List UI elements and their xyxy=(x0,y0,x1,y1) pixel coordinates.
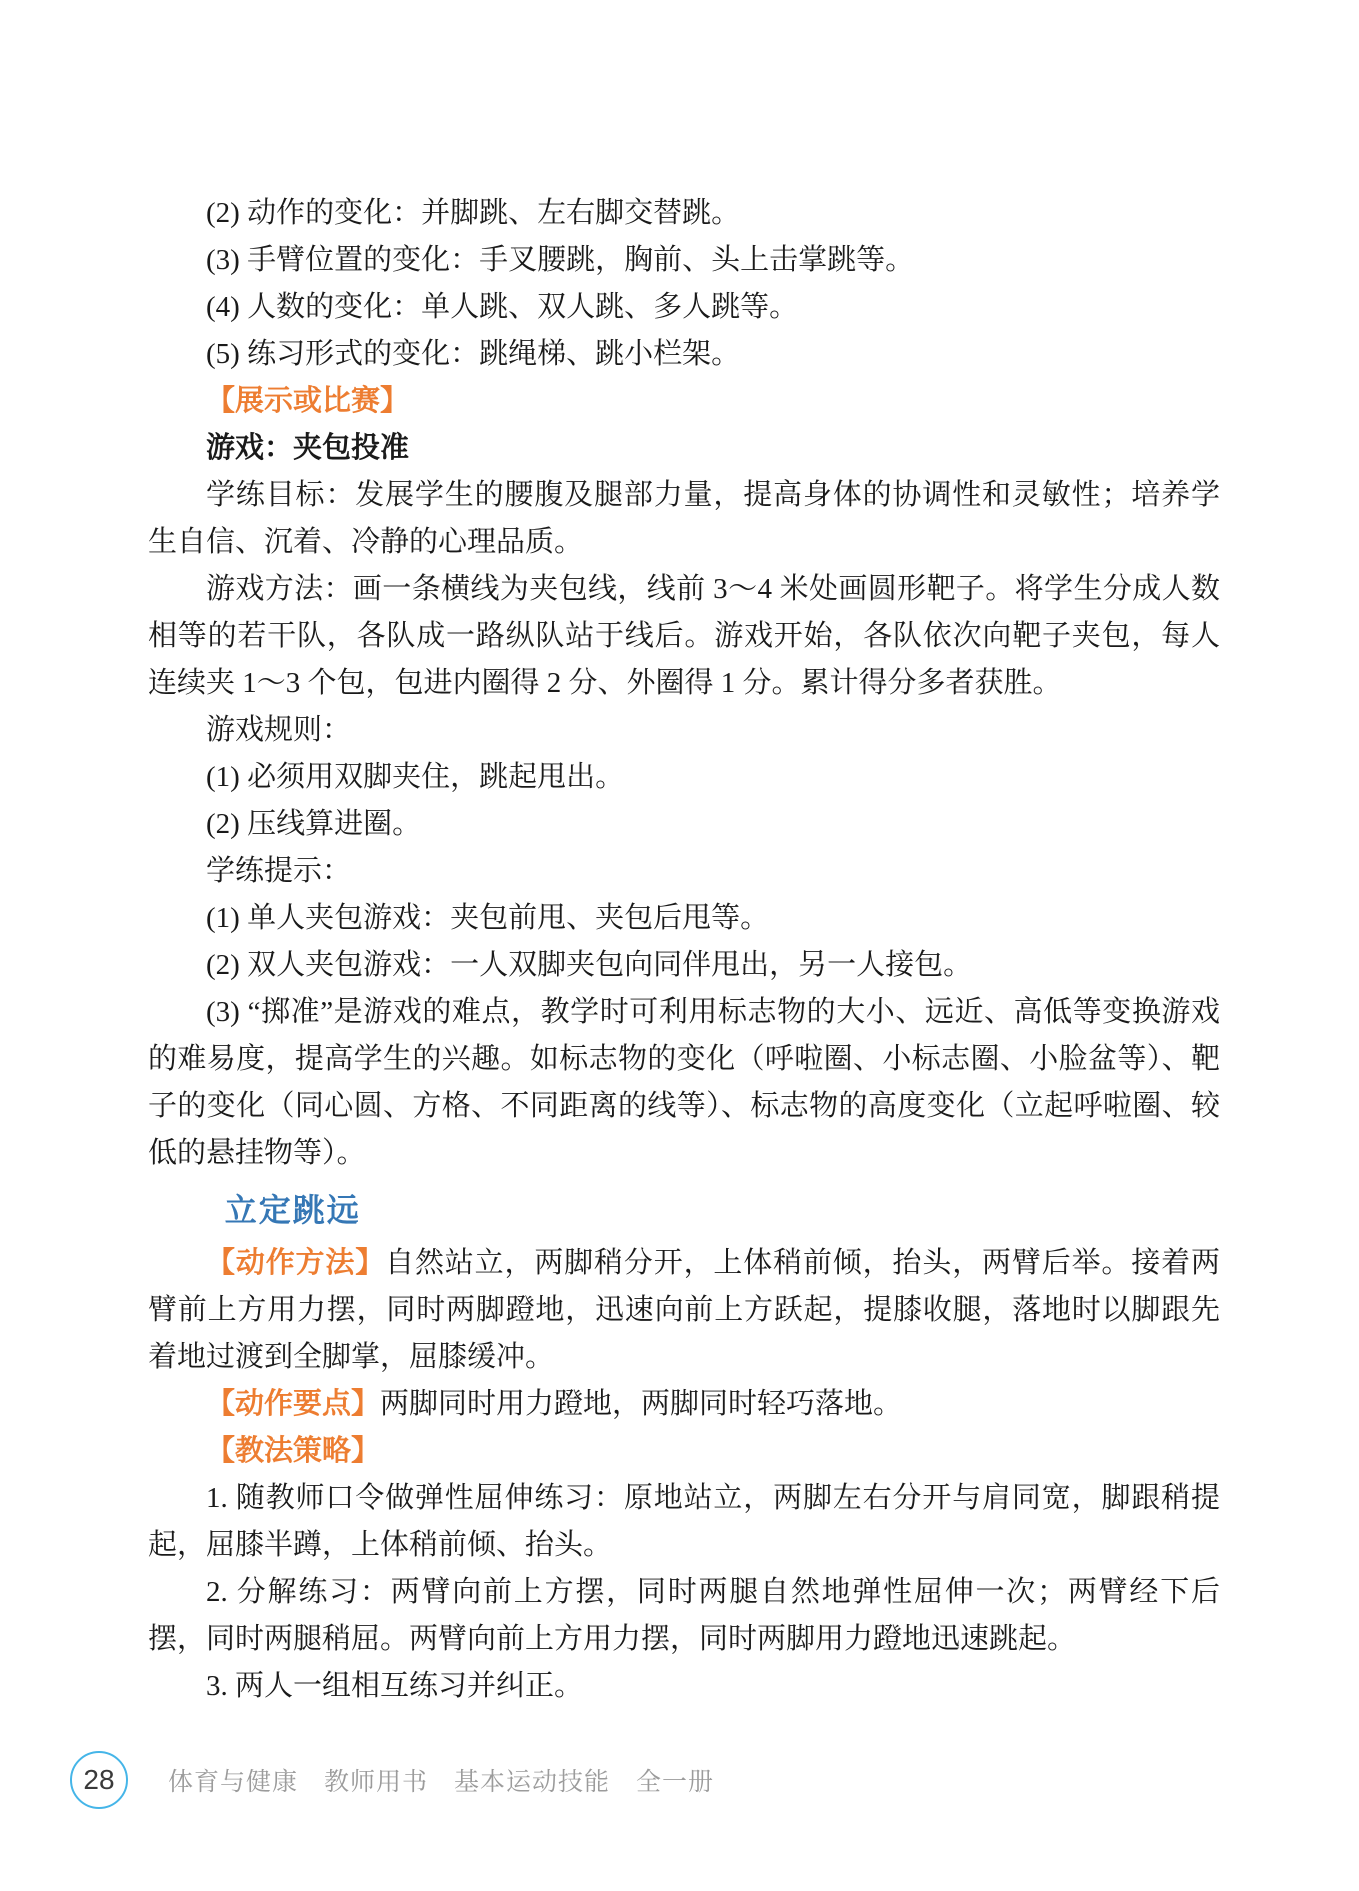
teaching-strategy-label: 【教法策略】 xyxy=(206,1435,380,1467)
footer-book-info: 体育与健康 教师用书 基本运动技能 全一册 xyxy=(168,1762,714,1798)
action-method-paragraph: 【动作方法】自然站立，两脚稍分开，上体稍前倾，抬头，两臂后举。接着两臂前上方用力… xyxy=(148,1240,1220,1381)
practice-tip-1: (1) 单人夹包游戏：夹包前甩、夹包后甩等。 xyxy=(148,895,1220,942)
game-rule-2: (2) 压线算进圈。 xyxy=(148,801,1220,848)
game-rules-heading: 游戏规则： xyxy=(148,707,1220,754)
practice-tip-3: (3) “掷准”是游戏的难点，教学时可利用标志物的大小、远近、高低等变换游戏的难… xyxy=(148,989,1220,1177)
strategy-item-1: 1. 随教师口令做弹性屈伸练习：原地站立，两脚左右分开与肩同宽，脚跟稍提起，屈膝… xyxy=(148,1475,1220,1569)
section-title-standing-long-jump: 立定跳远 xyxy=(148,1187,1220,1234)
section-label-show-or-compete: 【展示或比赛】 xyxy=(206,385,409,417)
page-body: (2) 动作的变化：并脚跳、左右脚交替跳。 (3) 手臂位置的变化：手叉腰跳，胸… xyxy=(148,190,1220,1710)
page-number-badge: 28 xyxy=(70,1751,128,1809)
strategy-item-2: 2. 分解练习：两臂向前上方摆，同时两腿自然地弹性屈伸一次；两臂经下后摆，同时两… xyxy=(148,1569,1220,1663)
variation-item-3: (3) 手臂位置的变化：手叉腰跳，胸前、头上击掌跳等。 xyxy=(148,237,1220,284)
variation-item-5: (5) 练习形式的变化：跳绳梯、跳小栏架。 xyxy=(148,331,1220,378)
practice-tip-2: (2) 双人夹包游戏：一人双脚夹包向同伴甩出，另一人接包。 xyxy=(148,942,1220,989)
action-points-paragraph: 【动作要点】两脚同时用力蹬地，两脚同时轻巧落地。 xyxy=(148,1381,1220,1428)
action-method-label: 【动作方法】 xyxy=(206,1247,385,1279)
game-title: 游戏：夹包投准 xyxy=(148,425,1220,472)
strategy-item-3: 3. 两人一组相互练习并纠正。 xyxy=(148,1663,1220,1710)
game-rule-1: (1) 必须用双脚夹住，跳起甩出。 xyxy=(148,754,1220,801)
practice-tips-heading: 学练提示： xyxy=(148,848,1220,895)
page-number: 28 xyxy=(83,1764,114,1796)
variation-item-2: (2) 动作的变化：并脚跳、左右脚交替跳。 xyxy=(148,190,1220,237)
action-points-text: 两脚同时用力蹬地，两脚同时轻巧落地。 xyxy=(380,1388,902,1420)
section-label-show-or-compete-line: 【展示或比赛】 xyxy=(148,378,1220,425)
teaching-strategy-label-line: 【教法策略】 xyxy=(148,1428,1220,1475)
document-page: (2) 动作的变化：并脚跳、左右脚交替跳。 (3) 手臂位置的变化：手叉腰跳，胸… xyxy=(0,0,1359,1891)
learning-goal-paragraph: 学练目标：发展学生的腰腹及腿部力量，提高身体的协调性和灵敏性；培养学生自信、沉着… xyxy=(148,472,1220,566)
page-footer: 28 体育与健康 教师用书 基本运动技能 全一册 xyxy=(0,1750,1359,1810)
game-method-paragraph: 游戏方法：画一条横线为夹包线，线前 3～4 米处画圆形靶子。将学生分成人数相等的… xyxy=(148,566,1220,707)
variation-item-4: (4) 人数的变化：单人跳、双人跳、多人跳等。 xyxy=(148,284,1220,331)
action-points-label: 【动作要点】 xyxy=(206,1388,380,1420)
